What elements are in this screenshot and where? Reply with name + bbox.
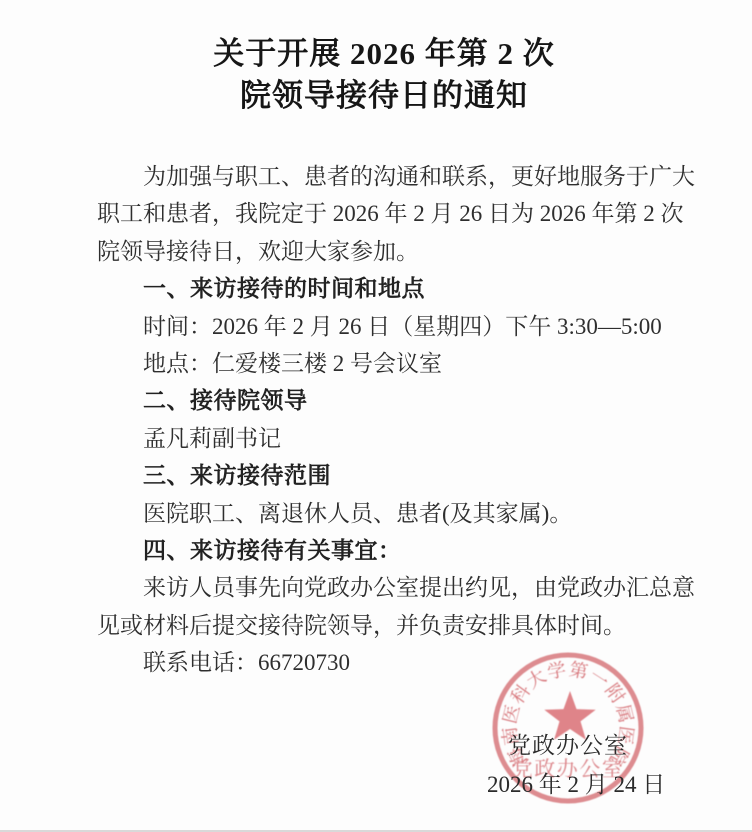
body-line-leader: 孟凡莉副书记: [97, 420, 697, 457]
document-title: 关于开展 2026 年第 2 次 院领导接待日的通知: [8, 33, 752, 117]
section-header-1: 一、来访接待的时间和地点: [97, 270, 697, 307]
body-line-time: 时间：2026 年 2 月 26 日（星期四）下午 3:30—5:00: [97, 308, 697, 345]
body-line-12: 来访人员事先向党政办公室提出约见，由党政办汇总意: [97, 569, 697, 606]
section-header-3: 三、来访接待范围: [97, 457, 697, 494]
signature-office: 党政办公室: [508, 727, 628, 760]
section-header-4: 四、来访接待有关事宜：: [97, 532, 697, 569]
body-line-2: 职工和患者，我院定于 2026 年 2 月 26 日为 2026 年第 2 次: [97, 195, 697, 232]
body-line-scope: 医院职工、离退休人员、患者(及其家属)。: [97, 495, 697, 532]
body-line-place: 地点：仁爱楼三楼 2 号会议室: [97, 345, 697, 382]
section-header-2: 二、接待院领导: [97, 382, 697, 419]
document-title-line-2: 院领导接待日的通知: [8, 75, 752, 117]
document-body: 为加强与职工、患者的沟通和联系，更好地服务于广大 职工和患者，我院定于 2026…: [97, 158, 697, 681]
body-line-3: 院领导接待日，欢迎大家参加。: [97, 233, 697, 270]
document-title-line-1: 关于开展 2026 年第 2 次: [8, 33, 752, 75]
body-line-1: 为加强与职工、患者的沟通和联系，更好地服务于广大: [97, 158, 697, 195]
body-line-13: 见或材料后提交接待院领导，并负责安排具体时间。: [97, 607, 697, 644]
body-line-phone: 联系电话：66720730: [97, 644, 697, 681]
signature-date: 2026 年 2 月 24 日: [487, 766, 665, 799]
notice-document-page: 关于开展 2026 年第 2 次 院领导接待日的通知 为加强与职工、患者的沟通和…: [0, 0, 752, 832]
